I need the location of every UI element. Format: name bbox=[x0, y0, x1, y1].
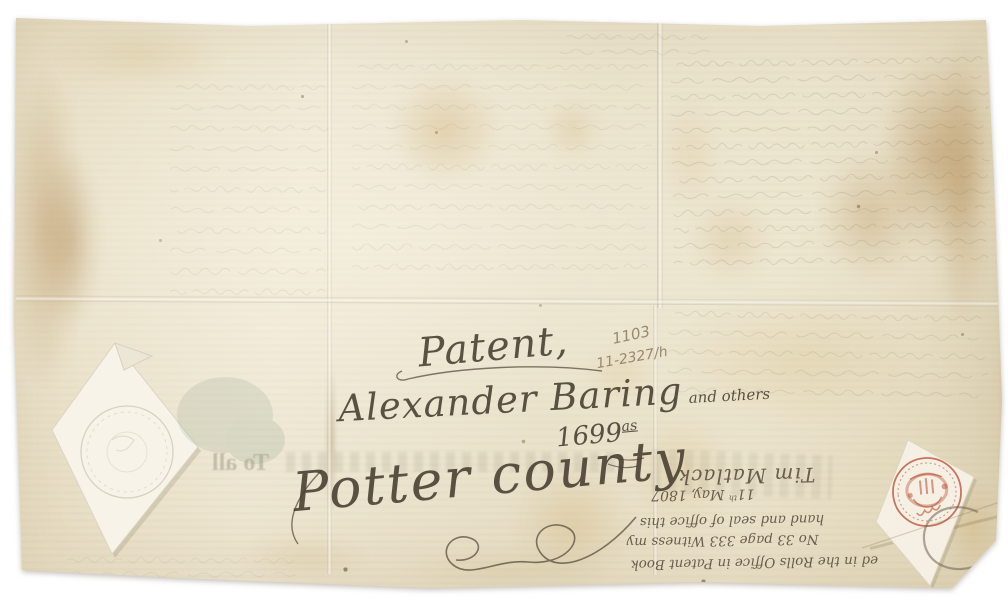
archival-number-top-text: 1103 bbox=[611, 322, 652, 348]
docket-line2-text: No 33 page 333 Witness my bbox=[626, 531, 818, 550]
archival-number-bottom-text: 11-2327/h bbox=[595, 344, 669, 372]
docket-line1-text: ed in the Rolls Office in Patent Book bbox=[630, 552, 878, 572]
embossed-wafer-seal bbox=[52, 343, 201, 558]
stain bbox=[690, 195, 770, 285]
ghost-text-to-all: To all bbox=[212, 450, 269, 477]
ink-speckles bbox=[0, 0, 1, 1]
parchment-sheet: To all bbox=[0, 0, 1008, 599]
bleedthrough-handwriting bbox=[670, 49, 992, 270]
stain bbox=[820, 150, 920, 280]
stain bbox=[400, 555, 620, 585]
stain bbox=[240, 535, 370, 580]
photograph-of-patent-document: To all bbox=[0, 0, 1008, 599]
docket-line: ed in the Rolls Office in Patent Book bbox=[616, 552, 878, 573]
fold-crease-vertical-right-upper bbox=[657, 18, 663, 308]
bleedthrough-handwriting bbox=[170, 75, 330, 300]
stain bbox=[55, 25, 225, 85]
bleedthrough-handwriting bbox=[60, 552, 300, 580]
archival-number-bottom: 11-2327/h bbox=[595, 344, 669, 372]
docket-date-ordinal: th bbox=[729, 493, 737, 502]
stain bbox=[390, 75, 500, 185]
docket-block: ed in the Rolls Office in Patent Book No… bbox=[616, 394, 960, 577]
stain bbox=[660, 95, 720, 215]
stain bbox=[935, 30, 990, 330]
parchment-wrapper: To all bbox=[0, 0, 1008, 599]
fold-crease-horizontal bbox=[16, 295, 998, 306]
patent-title: Patent, bbox=[416, 318, 570, 377]
bleedthrough-flourish bbox=[560, 28, 710, 58]
archival-number-top: 1103 bbox=[611, 322, 652, 348]
ghost-text: To all bbox=[212, 450, 269, 476]
stain bbox=[880, 55, 990, 255]
docket-line: hand and seal of office this bbox=[617, 511, 824, 531]
patent-title-text: Patent, bbox=[416, 318, 570, 377]
stain bbox=[10, 70, 80, 390]
docket-line: No 33 page 333 Witness my bbox=[616, 531, 818, 551]
docket-line3-text: hand and seal of office this bbox=[640, 511, 825, 530]
stain bbox=[545, 100, 600, 160]
clerk-signature: Tim Matlack bbox=[618, 467, 815, 486]
stain bbox=[40, 150, 100, 330]
clerk-signature-text: Tim Matlack bbox=[677, 463, 816, 489]
bleedthrough-handwriting bbox=[352, 55, 652, 275]
